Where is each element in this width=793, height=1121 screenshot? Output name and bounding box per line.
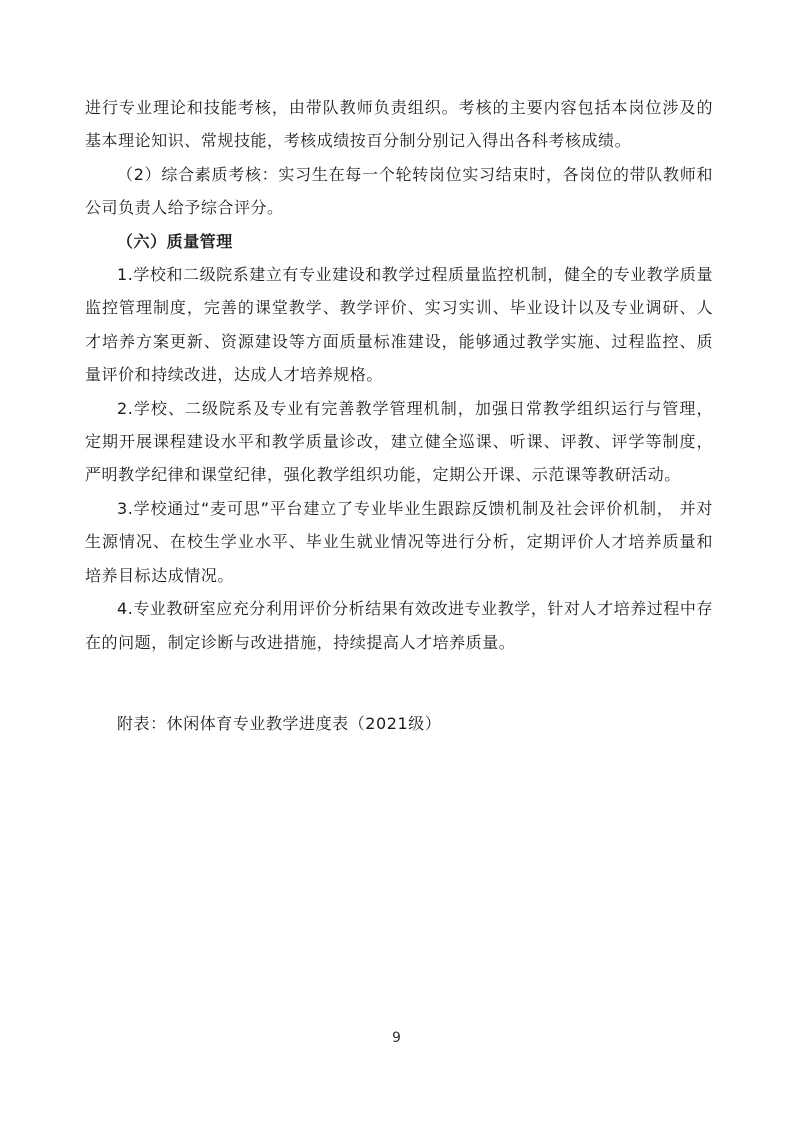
paragraph-comprehensive-quality-assessment: （2）综合素质考核：实习生在每一个轮转岗位实习结束时，各岗位的带队教师和公司负责… [85, 158, 713, 225]
paragraph-item-2: 2.学校、二级院系及专业有完善教学管理机制，加强日常教学组织运行与管理， 定期开… [85, 392, 713, 492]
document-body: 进行专业理论和技能考核，由带队教师负责组织。考核的主要内容包括本岗位涉及的基本理… [85, 91, 713, 740]
page-number: 9 [0, 1028, 793, 1048]
paragraph-appendix-note: 附表：休闲体育专业教学进度表（2021级） [85, 707, 713, 740]
paragraph-item-1: 1.学校和二级院系建立有专业建设和教学过程质量监控机制，健全的专业教学质量监控管… [85, 258, 713, 392]
section-heading-quality-management: （六）质量管理 [85, 225, 713, 258]
paragraph-item-4: 4.专业教研室应充分利用评价分析结果有效改进专业教学，针对人才培养过程中存在的问… [85, 592, 713, 659]
paragraph-item-3: 3.学校通过“麦可思”平台建立了专业毕业生跟踪反馈机制及社会评价机制， 并对生源… [85, 492, 713, 592]
document-page: 进行专业理论和技能考核，由带队教师负责组织。考核的主要内容包括本岗位涉及的基本理… [0, 0, 793, 1121]
paragraph-assessment-continuation: 进行专业理论和技能考核，由带队教师负责组织。考核的主要内容包括本岗位涉及的基本理… [85, 91, 713, 158]
